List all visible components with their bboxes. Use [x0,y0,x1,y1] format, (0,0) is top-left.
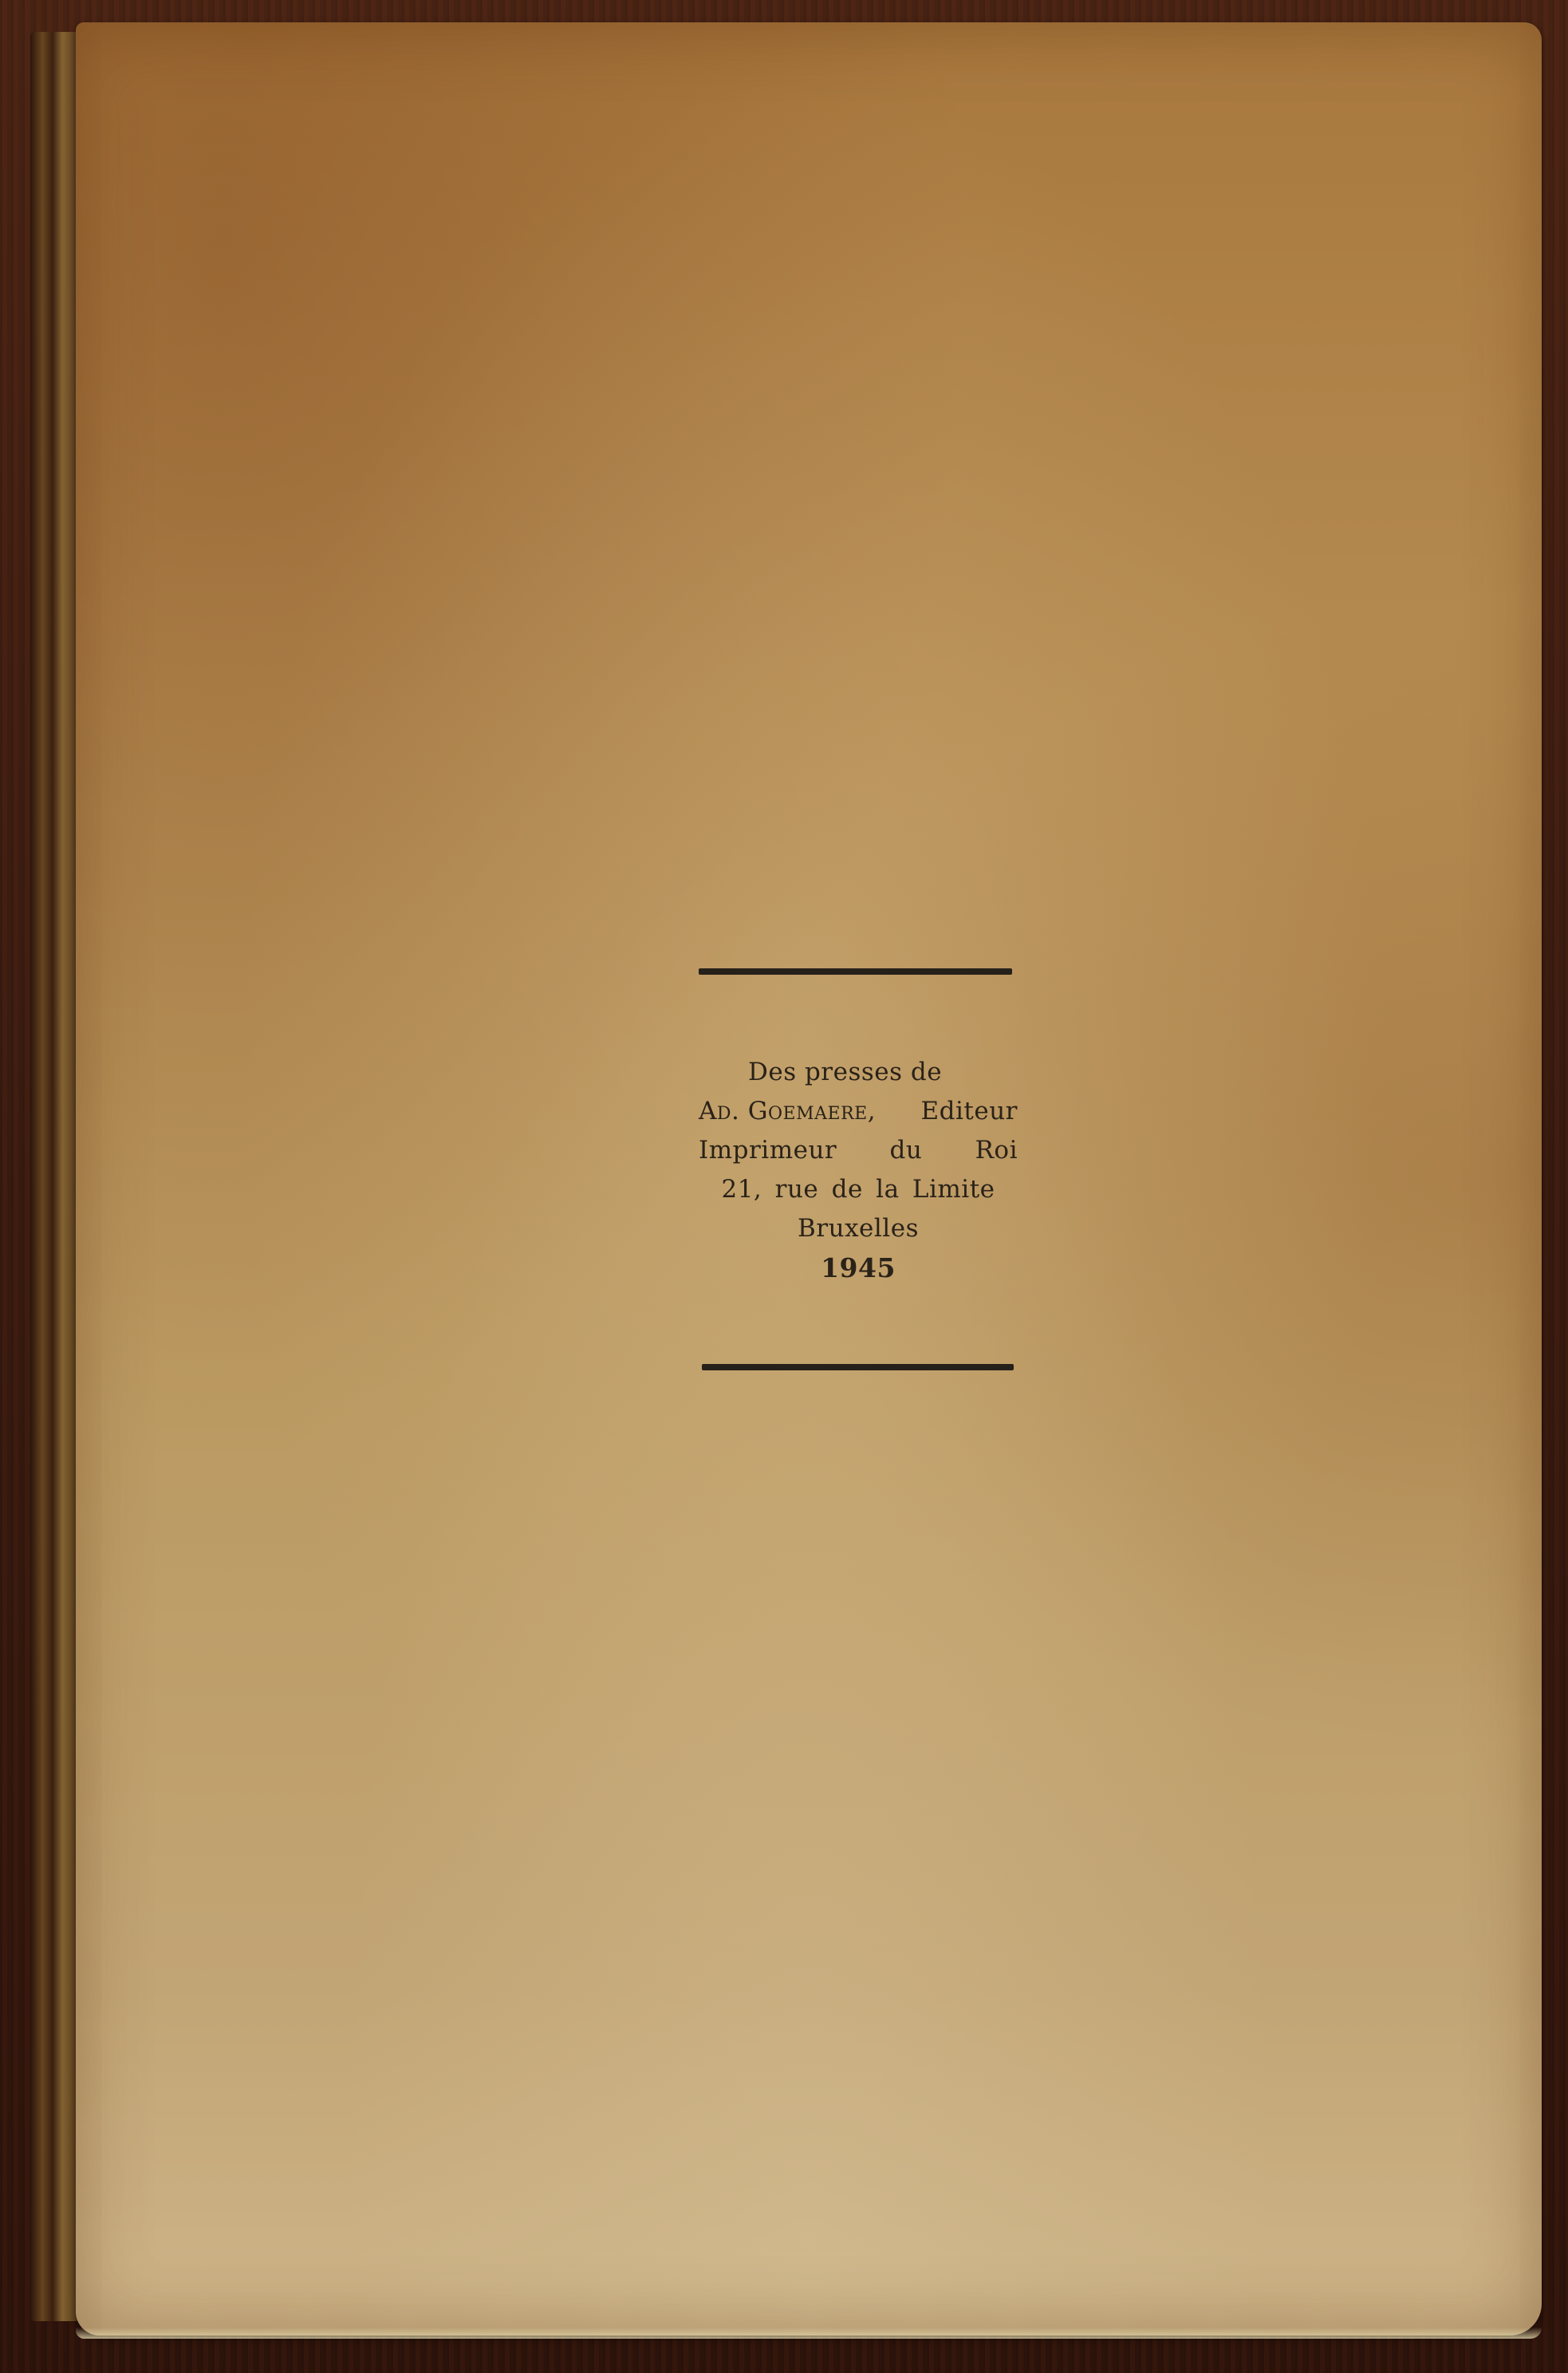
street-address: 21, rue de la Limite [721,1170,995,1209]
publication-year: 1945 [821,1248,896,1287]
imprint-line-2: Ad. Goemaere, Editeur [699,1092,1018,1131]
publisher-role: Editeur [921,1092,1018,1131]
imprint-line-6: 1945 [699,1248,1018,1287]
city: Bruxelles [798,1209,919,1248]
bottom-rule-divider [702,1364,1014,1370]
printer-title-word-3: Roi [975,1131,1018,1170]
press-intro-text: Des presses de [748,1053,942,1092]
imprint-text: Des presses de Ad. Goemaere, Editeur Imp… [699,1053,1018,1287]
imprint-line-5: Bruxelles [699,1209,1018,1248]
book-spine-edge [30,32,80,2321]
imprint-line-1: Des presses de [699,1053,1018,1092]
top-rule-divider [699,968,1012,975]
imprint-line-4: 21, rue de la Limite [699,1170,1018,1209]
printer-title-word-2: du [890,1131,923,1170]
printer-title-word-1: Imprimeur [699,1131,837,1170]
printer-imprint: Des presses de Ad. Goemaere, Editeur Imp… [699,968,1018,1370]
imprint-line-3: Imprimeur du Roi [699,1131,1018,1170]
publisher-name: Ad. Goemaere, [699,1092,876,1131]
